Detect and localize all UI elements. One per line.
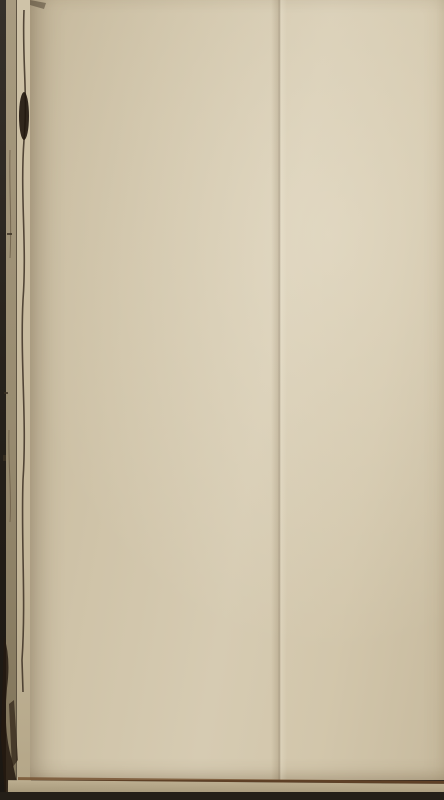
manuscript-text-layer: [0, 0, 444, 800]
manuscript-photo: [0, 0, 444, 800]
